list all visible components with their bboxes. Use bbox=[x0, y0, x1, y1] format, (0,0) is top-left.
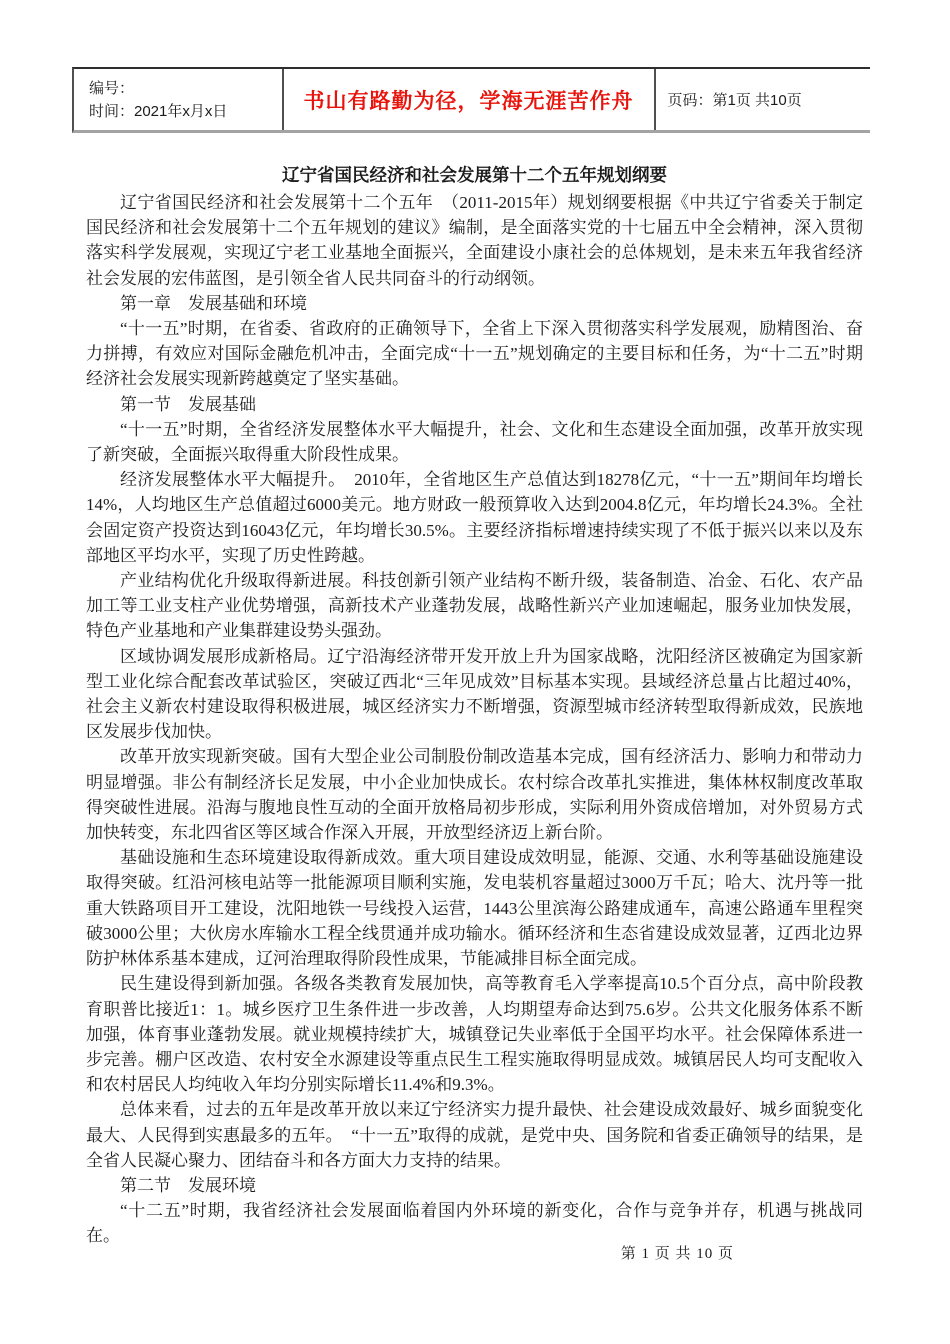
header-table: 编号： 时间：2021年x月x日 书山有路勤为径，学海无涯苦作舟 页码：第1页 … bbox=[72, 67, 870, 133]
doc-paragraph: “十二五”时期，我省经济社会发展面临着国内外环境的新变化，合作与竞争并存，机遇与… bbox=[86, 1198, 863, 1248]
header-page-cell: 页码：第1页 共10页 bbox=[654, 69, 870, 130]
doc-paragraph: 辽宁省国民经济和社会发展第十二个五年 （2011-2015年）规划纲要根据《中共… bbox=[86, 190, 863, 291]
doc-paragraph: 民生建设得到新加强。各级各类教育发展加快，高等教育毛入学率提高10.5个百分点，… bbox=[86, 971, 863, 1097]
doc-paragraph: 基础设施和生态环境建设取得新成效。重大项目建设成效明显，能源、交通、水利等基础设… bbox=[86, 845, 863, 971]
doc-paragraph: “十一五”时期，全省经济发展整体水平大幅提升，社会、文化和生态建设全面加强，改革… bbox=[86, 417, 863, 467]
section-1-heading: 第一节 发展基础 bbox=[86, 392, 863, 417]
doc-paragraph: 改革开放实现新突破。国有大型企业公司制股份制改造基本完成，国有经济活力、影响力和… bbox=[86, 744, 863, 845]
page-footer: 第 1 页 共 10 页 bbox=[0, 1242, 734, 1263]
doc-paragraph: “十一五”时期，在省委、省政府的正确领导下，全省上下深入贯彻落实科学发展观，励精… bbox=[86, 316, 863, 392]
doc-paragraph: 区域协调发展形成新格局。辽宁沿海经济带开发开放上升为国家战略，沈阳经济区被确定为… bbox=[86, 644, 863, 745]
header-motto-cell: 书山有路勤为径，学海无涯苦作舟 bbox=[282, 69, 654, 130]
doc-number-label: 编号： bbox=[89, 77, 282, 100]
chapter-1-heading: 第一章 发展基础和环境 bbox=[86, 291, 863, 316]
doc-paragraph: 产业结构优化升级取得新进展。科技创新引领产业结构不断升级，装备制造、冶金、石化、… bbox=[86, 568, 863, 644]
doc-paragraph: 总体来看，过去的五年是改革开放以来辽宁经济实力提升最快、社会建设成效最好、城乡面… bbox=[86, 1097, 863, 1173]
section-2-heading: 第二节 发展环境 bbox=[86, 1173, 863, 1198]
motto-text: 书山有路勤为径，学海无涯苦作舟 bbox=[304, 85, 634, 115]
header-meta-cell: 编号： 时间：2021年x月x日 bbox=[74, 69, 282, 130]
doc-date-label: 时间：2021年x月x日 bbox=[89, 100, 282, 123]
page-number-label: 页码：第1页 共10页 bbox=[668, 89, 870, 110]
document-body: 辽宁省国民经济和社会发展第十二个五年规划纲要 辽宁省国民经济和社会发展第十二个五… bbox=[86, 162, 863, 1249]
doc-paragraph: 经济发展整体水平大幅提升。 2010年，全省地区生产总值达到18278亿元，“十… bbox=[86, 467, 863, 568]
document-title: 辽宁省国民经济和社会发展第十二个五年规划纲要 bbox=[86, 162, 863, 189]
